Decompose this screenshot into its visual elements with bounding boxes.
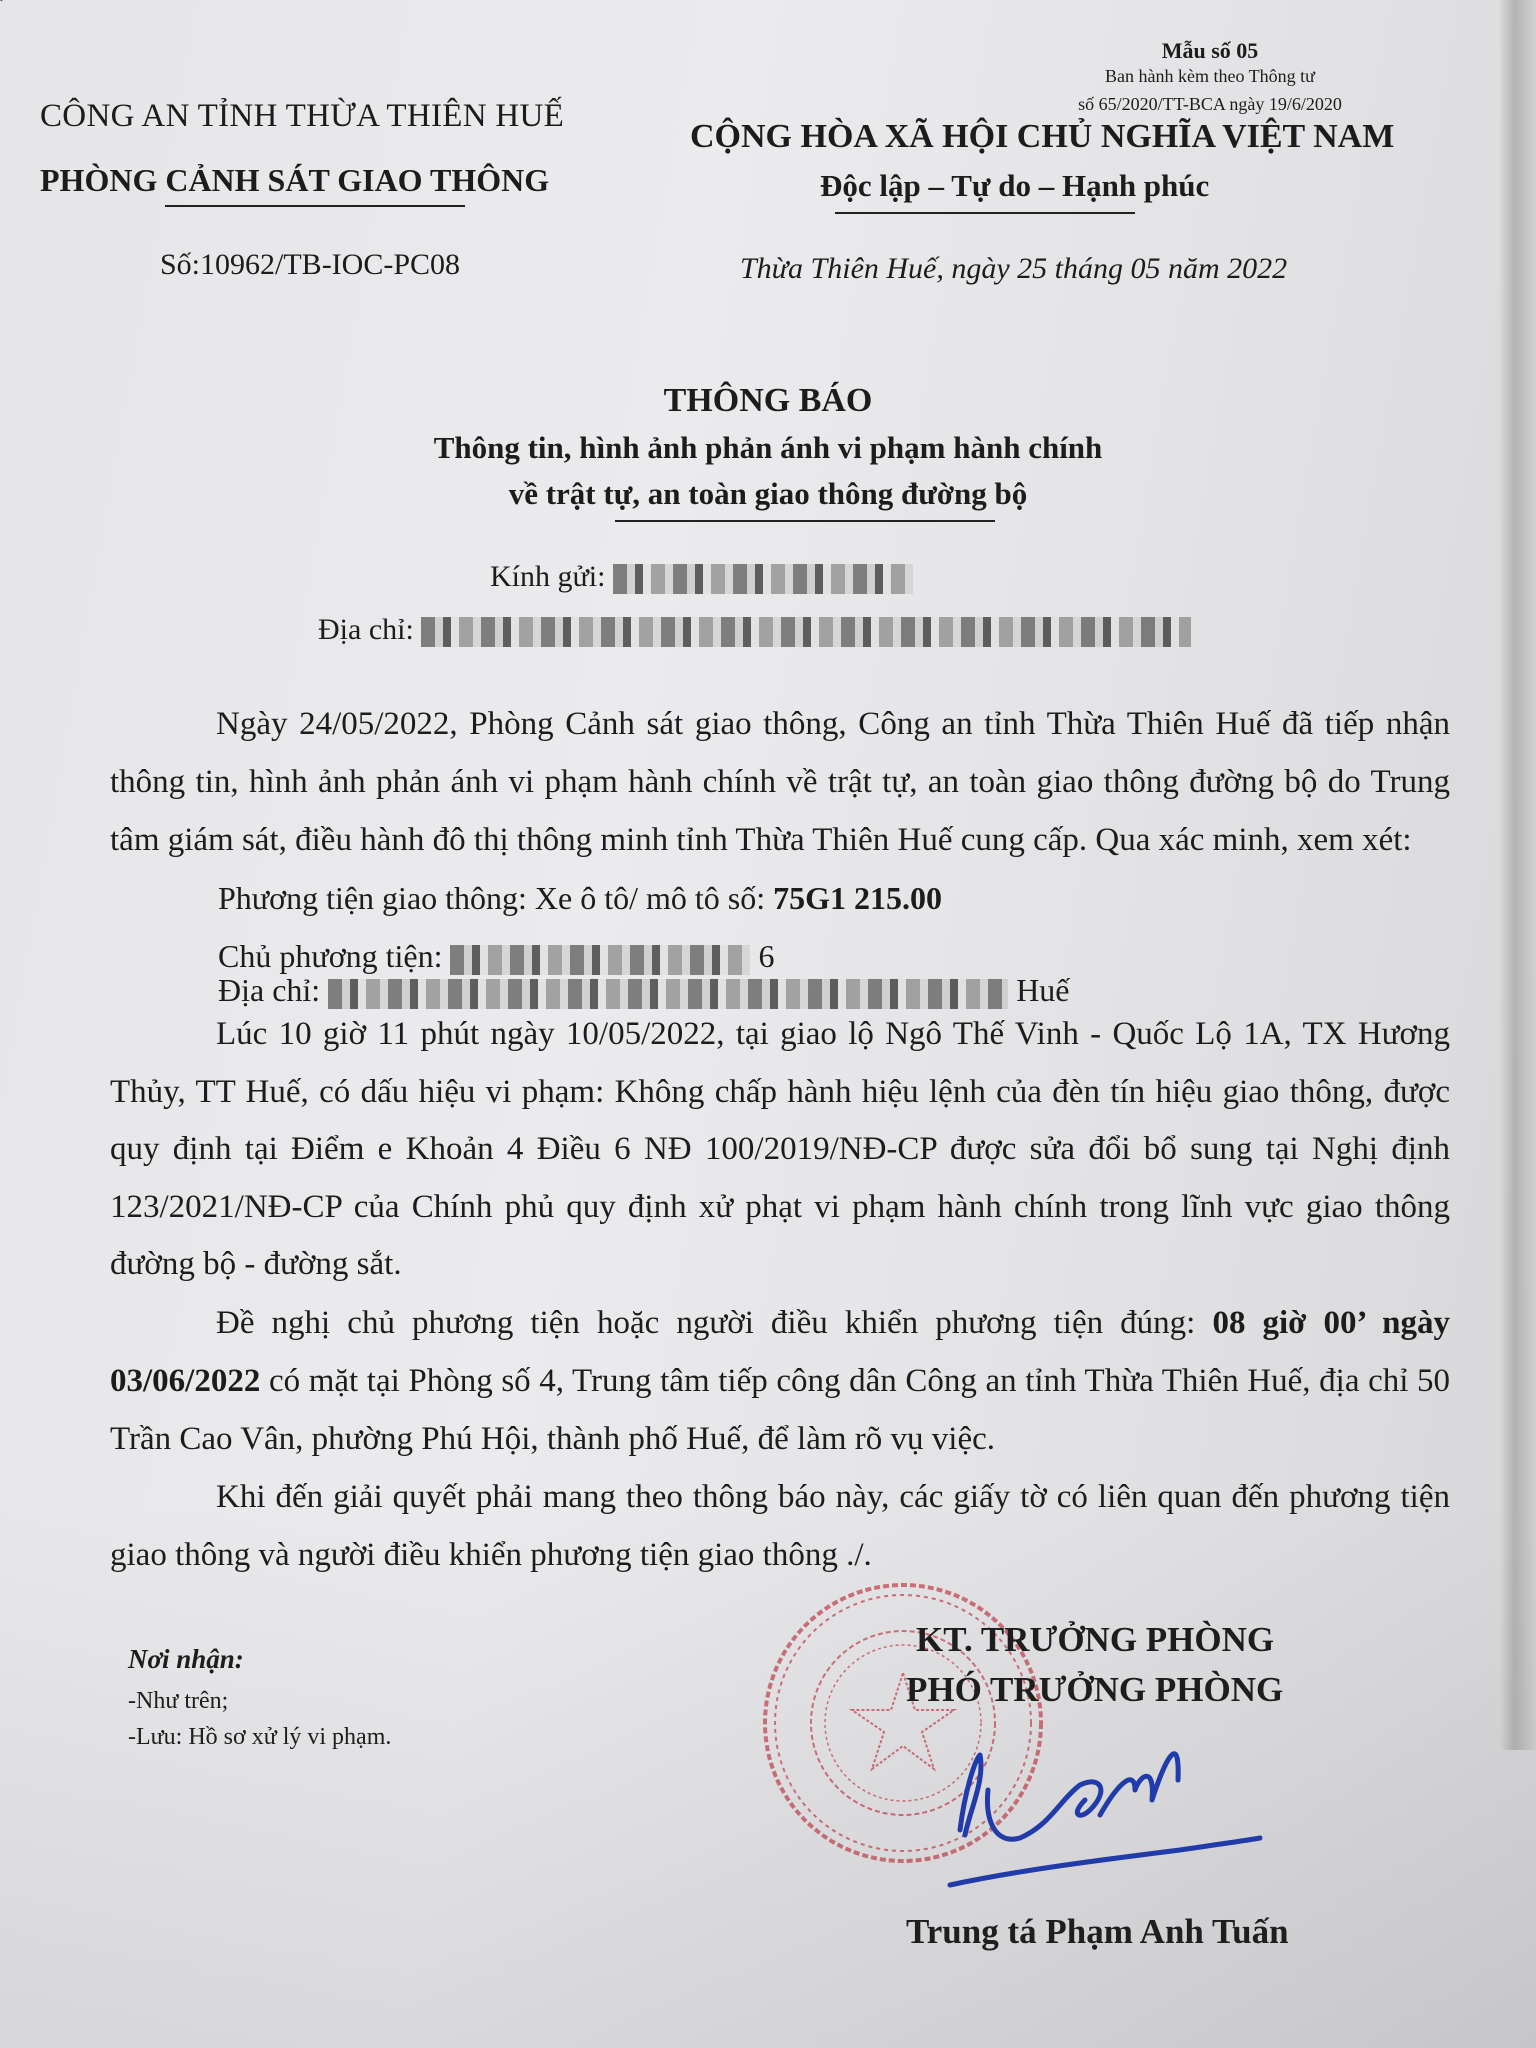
recipient-line: Kính gửi:: [490, 560, 913, 594]
owner-address-suffix: Huế: [1016, 972, 1069, 1008]
summons-prefix: Đề nghị chủ phương tiện hoặc người điều …: [216, 1305, 1195, 1341]
form-note-line1: Ban hành kèm theo Thông tư: [1060, 66, 1360, 87]
paper-edge-shadow: [1500, 0, 1536, 1750]
redacted-recipient-address: [421, 617, 1191, 647]
title-underline: [615, 520, 995, 522]
paragraph-violation: Lúc 10 giờ 11 phút ngày 10/05/2022, tại …: [110, 1006, 1450, 1294]
motto-underline: [835, 212, 1135, 214]
paper-corner-mark: [0, 0, 11, 1]
vehicle-label: Phương tiện giao thông: Xe ô tô/ mô tô s…: [218, 880, 765, 916]
document-number: Số:10962/TB-IOC-PC08: [160, 248, 460, 282]
recipient-address-line: Địa chỉ:: [318, 613, 1191, 647]
owner-address-line: Địa chỉ: Huế: [218, 972, 1070, 1009]
republic-heading: CỘNG HÒA XÃ HỘI CHỦ NGHĨA VIỆT NAM: [690, 118, 1394, 156]
document-subtitle-line2: về trật tự, an toàn giao thông đường bộ: [0, 476, 1536, 512]
paragraph-summons: Đề nghị chủ phương tiện hoặc người điều …: [110, 1294, 1450, 1468]
agency-name: CÔNG AN TỈNH THỪA THIÊN HUẾ: [40, 98, 564, 135]
owner-address-label: Địa chỉ:: [218, 972, 320, 1008]
owner-label: Chủ phương tiện:: [218, 938, 442, 974]
place-and-date: Thừa Thiên Huế, ngày 25 tháng 05 năm 202…: [740, 252, 1287, 286]
agency-underline: [165, 205, 465, 207]
redacted-owner-name: [450, 945, 750, 975]
photo-shadow: [0, 1500, 1536, 2048]
redacted-owner-address: [328, 979, 1008, 1009]
agency-department: PHÒNG CẢNH SÁT GIAO THÔNG: [40, 162, 549, 199]
address-label: Địa chỉ:: [318, 613, 414, 646]
vehicle-plate: 75G1 215.00: [773, 880, 942, 916]
summons-suffix: có mặt tại Phòng số 4, Trung tâm tiếp cô…: [110, 1363, 1450, 1457]
redacted-recipient-name: [613, 564, 913, 594]
owner-line: Chủ phương tiện: 6: [218, 938, 774, 975]
form-note-line2: số 65/2020/TT-BCA ngày 19/6/2020: [1030, 94, 1390, 115]
owner-suffix: 6: [758, 938, 774, 974]
paragraph-intro: Ngày 24/05/2022, Phòng Cảnh sát giao thô…: [110, 695, 1450, 869]
document-subtitle-line1: Thông tin, hình ảnh phản ánh vi phạm hàn…: [0, 430, 1536, 466]
recipient-label: Kính gửi:: [490, 560, 605, 593]
document-title: THÔNG BÁO: [0, 382, 1536, 420]
form-number: Mẫu số 05: [1110, 38, 1310, 64]
national-motto: Độc lập – Tự do – Hạnh phúc: [820, 168, 1209, 204]
document-paper: Mẫu số 05 Ban hành kèm theo Thông tư số …: [0, 0, 1536, 2048]
vehicle-line: Phương tiện giao thông: Xe ô tô/ mô tô s…: [218, 880, 942, 917]
